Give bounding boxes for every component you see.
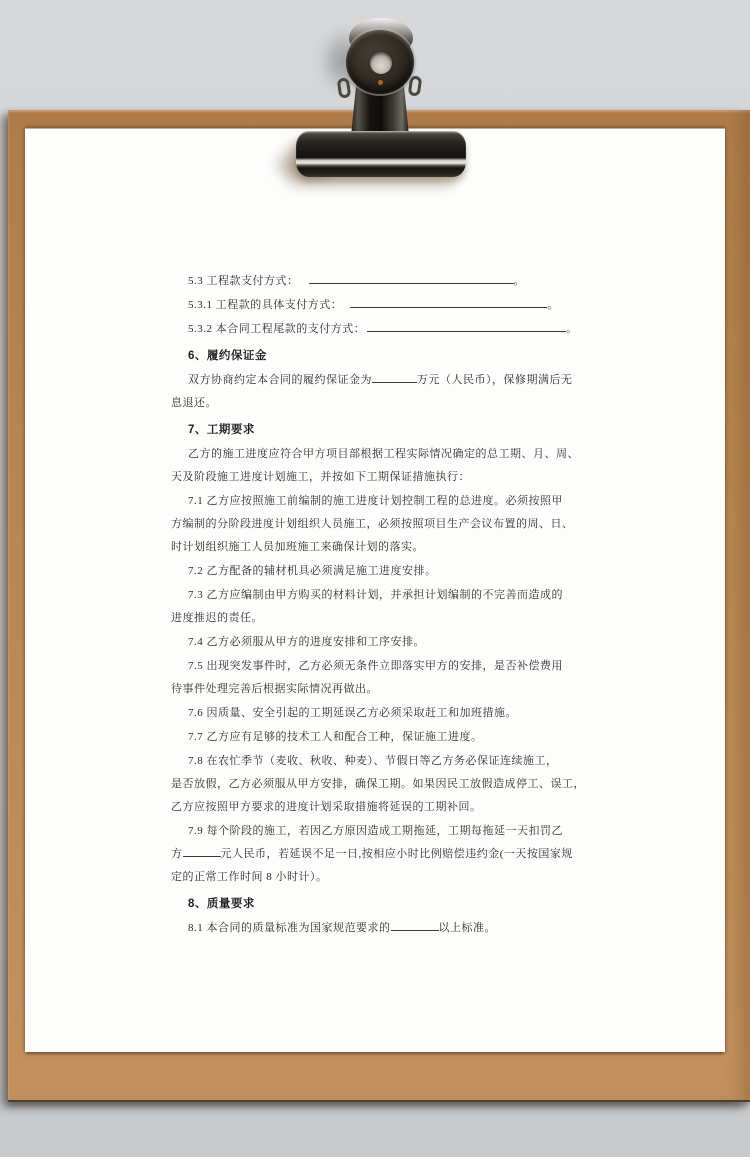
text-run: 7.3 乙方应编制由甲方购买的材料计划，并承担计划编制的不完善而造成的 xyxy=(188,589,563,601)
blank-field xyxy=(391,919,439,931)
text-line: 天及阶段施工进度计划施工，并按如下工期保证措施执行： xyxy=(171,466,595,489)
text-run: 方 xyxy=(171,848,183,860)
blank-field xyxy=(350,296,547,308)
text-run: 7.8 在农忙季节（麦收、秋收、种麦）、节假日等乙方务必保证连续施工， xyxy=(188,755,558,767)
background-wall: 5.3 工程款支付方式：。5.3.1 工程款的具体支付方式：。5.3.2 本合同… xyxy=(0,0,750,1157)
text-run: 元人民币，若延误不足一日,按相应小时比例赔偿违约金(一天按国家规 xyxy=(221,848,573,860)
text-line: 7.8 在农忙季节（麦收、秋收、种麦）、节假日等乙方务必保证连续施工， xyxy=(171,750,595,773)
binder-clip xyxy=(0,0,750,220)
clip-reflection-dot xyxy=(378,80,383,85)
text-line: 7.3 乙方应编制由甲方购买的材料计划，并承担计划编制的不完善而造成的 xyxy=(171,584,595,607)
text-line: 7.6 因质量、安全引起的工期延误乙方必须采取赶工和加班措施。 xyxy=(171,702,595,725)
section-heading: 7、工期要求 xyxy=(171,419,595,442)
text-line: 定的正常工作时间 8 小时计）。 xyxy=(171,866,595,889)
text-run: 。 xyxy=(547,299,559,311)
text-run: 乙方的施工进度应符合甲方项目部根据工程实际情况确定的总工期、月、周、 xyxy=(188,448,579,460)
text-run: 8、质量要求 xyxy=(188,898,255,910)
text-run: 万元（人民币），保修期满后无 xyxy=(417,374,573,386)
text-run: 7.7 乙方应有足够的技术工人和配合工种，保证施工进度。 xyxy=(188,731,483,743)
text-run: 乙方应按照甲方要求的进度计划采取措施将延误的工期补回。 xyxy=(171,801,482,813)
text-run: 5.3.2 本合同工程尾款的支付方式： xyxy=(188,323,365,335)
text-run: 7.4 乙方必须服从甲方的进度安排和工序安排。 xyxy=(188,636,425,648)
text-run: 。 xyxy=(514,275,526,287)
text-run: 息退还。 xyxy=(171,397,217,409)
document-text: 5.3 工程款支付方式：。5.3.1 工程款的具体支付方式：。5.3.2 本合同… xyxy=(171,269,595,940)
text-line: 7.1 乙方应按照施工前编制的施工进度计划控制工程的总进度。必须按照甲 xyxy=(171,490,595,513)
text-run: 天及阶段施工进度计划施工，并按如下工期保证措施执行： xyxy=(171,471,470,483)
text-run: 8.1 本合同的质量标准为国家规范要求的 xyxy=(188,922,391,934)
text-line: 乙方的施工进度应符合甲方项目部根据工程实际情况确定的总工期、月、周、 xyxy=(171,443,595,466)
text-run: 7.1 乙方应按照施工前编制的施工进度计划控制工程的总进度。必须按照甲 xyxy=(188,495,563,507)
text-line: 是否放假，乙方必须服从甲方安排，确保工期。如果因民工放假造成停工、误工， xyxy=(171,773,595,796)
clip-spring-wire-right xyxy=(408,75,423,96)
blank-field xyxy=(372,371,417,383)
blank-field xyxy=(367,320,566,332)
text-line: 7.7 乙方应有足够的技术工人和配合工种，保证施工进度。 xyxy=(171,726,595,749)
text-run: 方编制的分阶段进度计划组织人员施工，必须按照项目生产会议布置的周、日、 xyxy=(171,518,574,530)
contract-page: 5.3 工程款支付方式：。5.3.1 工程款的具体支付方式：。5.3.2 本合同… xyxy=(25,128,725,1052)
blank-field xyxy=(309,272,514,284)
clip-knob-hole xyxy=(370,52,392,74)
text-run: 。 xyxy=(566,323,578,335)
text-run: 双方协商约定本合同的履约保证金为 xyxy=(188,374,372,386)
text-run: 定的正常工作时间 8 小时计）。 xyxy=(171,871,328,883)
section-heading: 8、质量要求 xyxy=(171,893,595,916)
text-run: 7.6 因质量、安全引起的工期延误乙方必须采取赶工和加班措施。 xyxy=(188,707,517,719)
section-heading: 6、履约保证金 xyxy=(171,345,595,368)
text-line: 乙方应按照甲方要求的进度计划采取措施将延误的工期补回。 xyxy=(171,796,595,819)
text-line: 7.4 乙方必须服从甲方的进度安排和工序安排。 xyxy=(171,631,595,654)
text-run: 7.5 出现突发事件时，乙方必须无条件立即落实甲方的安排，是否补偿费用 xyxy=(188,660,563,672)
text-line: 5.3 工程款支付方式：。 xyxy=(171,270,595,293)
text-run: 以上标准。 xyxy=(439,922,497,934)
text-line: 时计划组织施工人员加班施工来确保计划的落实。 xyxy=(171,536,595,559)
text-line: 双方协商约定本合同的履约保证金为万元（人民币），保修期满后无 xyxy=(171,369,595,392)
text-line: 7.2 乙方配备的辅材机具必须满足施工进度安排。 xyxy=(171,560,595,583)
text-run: 5.3.1 工程款的具体支付方式： xyxy=(188,299,342,311)
blank-field xyxy=(183,845,221,857)
text-run: 7.9 每个阶段的施工，若因乙方原因造成工期拖延，工期每拖延一天扣罚乙 xyxy=(188,825,563,837)
text-run: 进度推迟的责任。 xyxy=(171,612,263,624)
text-line: 7.9 每个阶段的施工，若因乙方原因造成工期拖延，工期每拖延一天扣罚乙 xyxy=(171,820,595,843)
text-line: 8.1 本合同的质量标准为国家规范要求的以上标准。 xyxy=(171,917,595,940)
text-line: 进度推迟的责任。 xyxy=(171,607,595,630)
text-run: 待事件处理完善后根据实际情况再做出。 xyxy=(171,683,378,695)
text-line: 5.3.2 本合同工程尾款的支付方式：。 xyxy=(171,318,595,341)
text-line: 7.5 出现突发事件时，乙方必须无条件立即落实甲方的安排，是否补偿费用 xyxy=(171,655,595,678)
text-line: 5.3.1 工程款的具体支付方式：。 xyxy=(171,294,595,317)
clip-jaw-bar xyxy=(296,131,466,177)
text-run: 7、工期要求 xyxy=(188,424,255,436)
text-run: 5.3 工程款支付方式： xyxy=(188,275,299,287)
text-run: 是否放假，乙方必须服从甲方安排，确保工期。如果因民工放假造成停工、误工， xyxy=(171,778,585,790)
text-line: 待事件处理完善后根据实际情况再做出。 xyxy=(171,678,595,701)
text-run: 7.2 乙方配备的辅材机具必须满足施工进度安排。 xyxy=(188,565,437,577)
text-line: 方元人民币，若延误不足一日,按相应小时比例赔偿违约金(一天按国家规 xyxy=(171,843,595,866)
text-run: 6、履约保证金 xyxy=(188,350,267,362)
text-run: 时计划组织施工人员加班施工来确保计划的落实。 xyxy=(171,541,424,553)
text-line: 方编制的分阶段进度计划组织人员施工，必须按照项目生产会议布置的周、日、 xyxy=(171,513,595,536)
text-line: 息退还。 xyxy=(171,392,595,415)
